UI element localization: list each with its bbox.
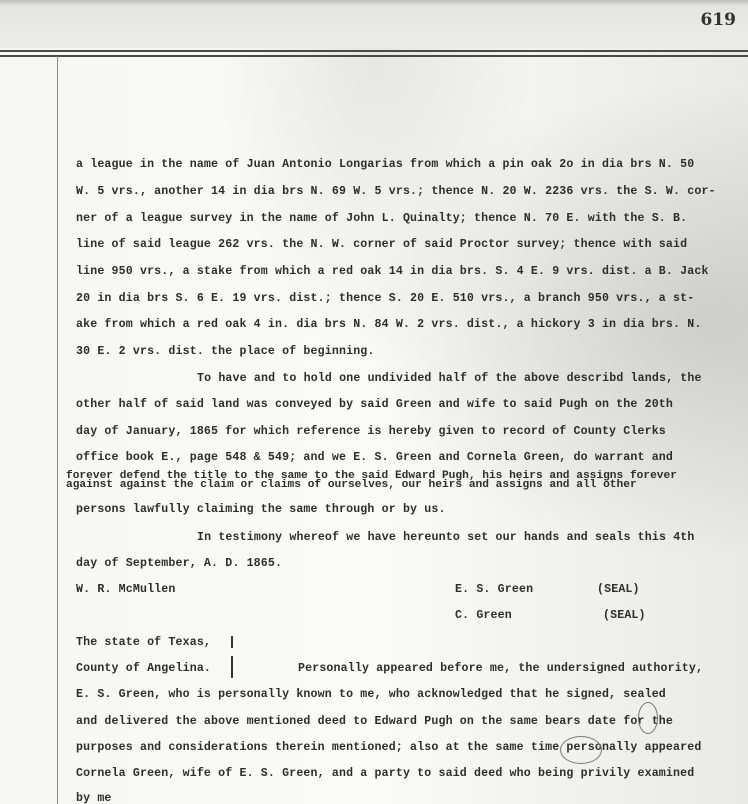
handwritten-loop-mark [560, 736, 602, 764]
venue-county: County of Angelina. [76, 662, 211, 675]
habendum-line-overtyped: against against the claim or claims of o… [66, 480, 637, 491]
signature-name: E. S. Green [455, 583, 533, 596]
habendum-line: other half of said land was conveyed by … [76, 398, 673, 411]
testimony-line: In testimony whereof we have hereunto se… [197, 531, 695, 544]
habendum-line: day of January, 1865 for which reference… [76, 425, 666, 438]
venue-bracket [231, 656, 233, 678]
page-header: 619 [0, 0, 748, 48]
description-line: line 950 vrs., a stake from which a red … [76, 265, 709, 278]
handwritten-loop-mark [638, 702, 658, 734]
description-line: line of said league 262 vrs. the N. W. c… [76, 238, 687, 251]
description-line: ner of a league survey in the name of Jo… [76, 212, 687, 225]
left-margin-rule [57, 56, 58, 804]
venue-state: The state of Texas, [76, 636, 211, 649]
habendum-line: To have and to hold one undivided half o… [197, 372, 702, 385]
description-line: a league in the name of Juan Antonio Lon… [76, 158, 694, 171]
acknowledgment-line: and delivered the above mentioned deed t… [76, 715, 673, 728]
acknowledgment-line: Personally appeared before me, the under… [298, 662, 703, 675]
deed-record-page: 619 a league in the name of Juan Antonio… [0, 0, 748, 804]
acknowledgment-line: Cornela Green, wife of E. S. Green, and … [76, 767, 694, 780]
description-line: W. 5 vrs., another 14 in dia brs N. 69 W… [76, 185, 716, 198]
description-line: 30 E. 2 vrs. dist. the place of beginnin… [76, 345, 375, 358]
witness-name: W. R. McMullen [76, 583, 176, 596]
page-number: 619 [701, 10, 737, 30]
description-line: ake from which a red oak 4 in. dia brs N… [76, 318, 701, 331]
description-line: 20 in dia brs S. 6 E. 19 vrs. dist.; the… [76, 292, 694, 305]
signature-name: C. Green [455, 609, 512, 622]
habendum-line: persons lawfully claiming the same throu… [76, 503, 446, 516]
testimony-line: day of September, A. D. 1865. [76, 557, 282, 570]
seal-label: (SEAL) [603, 609, 646, 622]
habendum-line: office book E., page 548 & 549; and we E… [76, 451, 673, 464]
header-rule-bottom [0, 55, 748, 57]
acknowledgment-line: by me [76, 792, 112, 804]
acknowledgment-line: purposes and considerations therein ment… [76, 741, 701, 754]
seal-label: (SEAL) [597, 583, 640, 596]
venue-bracket [231, 636, 233, 648]
header-rule-top [0, 50, 748, 52]
acknowledgment-line: E. S. Green, who is personally known to … [76, 688, 666, 701]
